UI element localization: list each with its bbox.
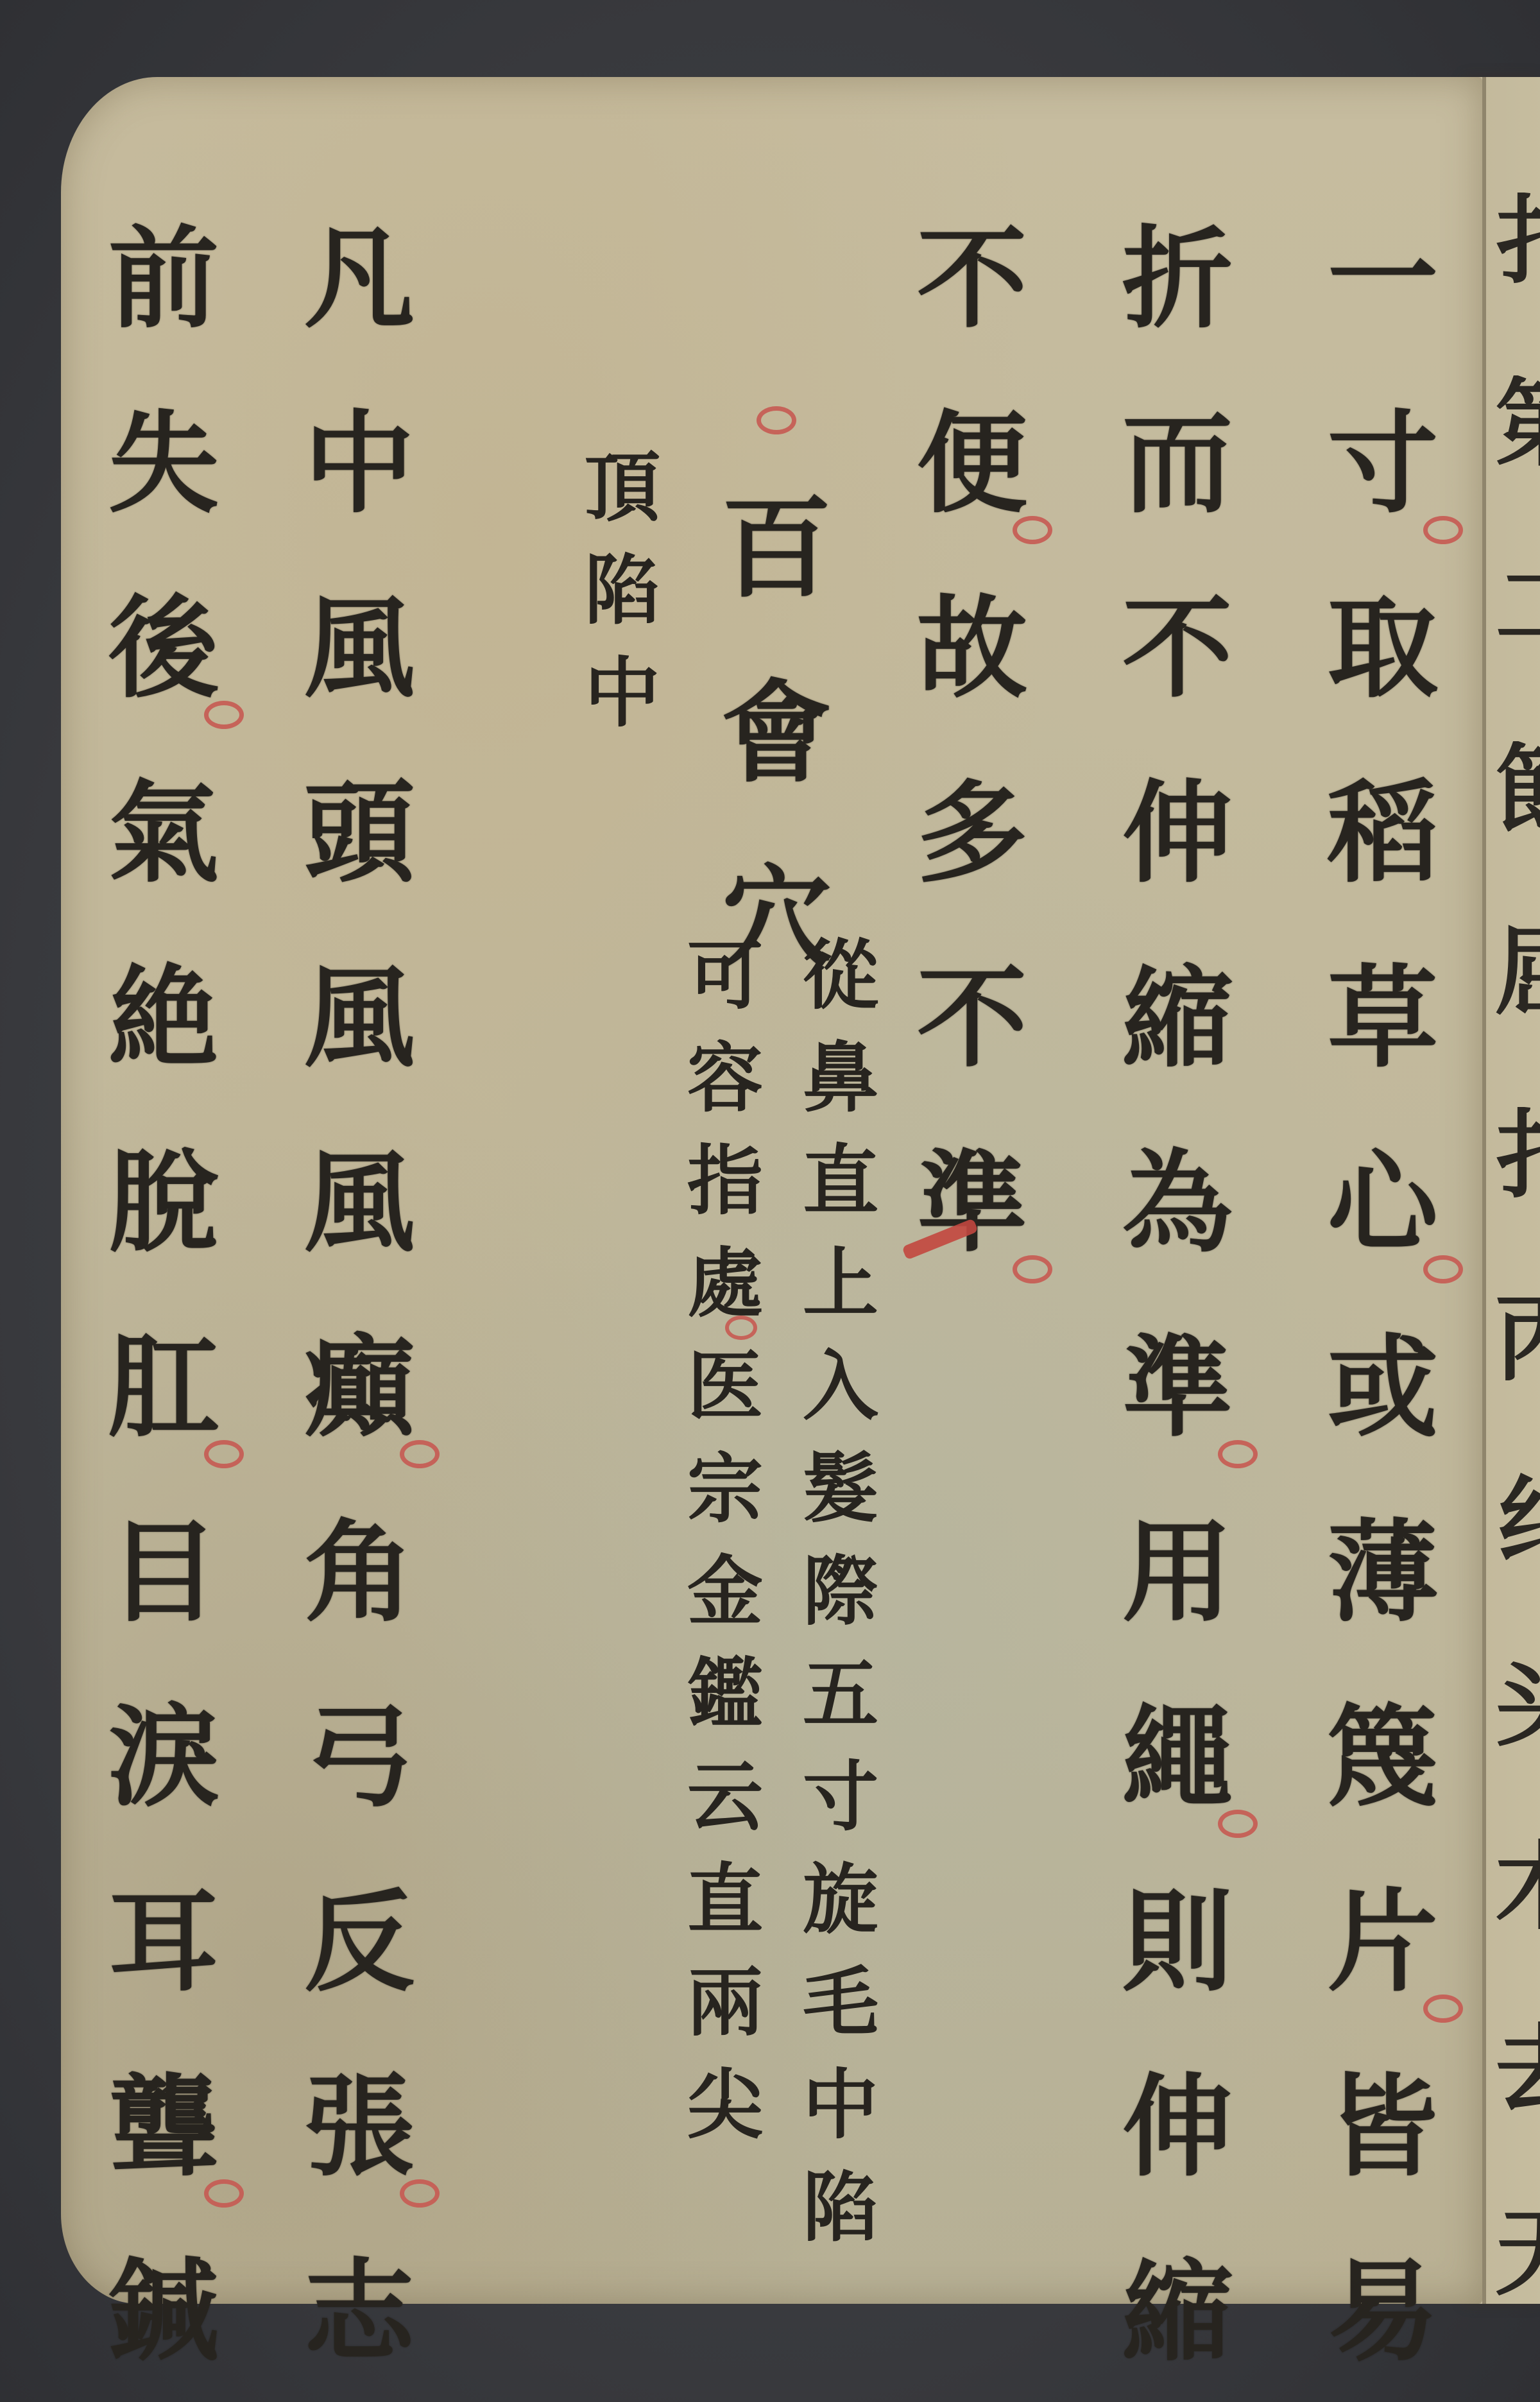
character: 故 [917,556,1027,741]
character: 入 [803,1335,878,1437]
character: 氣 [108,741,219,925]
character: 寸 [803,1746,878,1848]
character: 兩 [687,1951,763,2054]
text-column-3: 不便故多不準 [898,186,1046,1295]
character: 風 [304,1110,415,1295]
character: 中 [585,642,660,744]
character: 云 [687,1746,763,1848]
annotation-column-b: 可容指處医宗金鑑云直兩尖 [680,924,770,2156]
character: 鑑 [687,1643,763,1746]
adjacent-page-character: 節 [1495,741,1540,837]
character: 易 [1328,2219,1438,2402]
character: 心 [1328,1110,1438,1295]
character: 不 [917,925,1027,1110]
character: 宗 [687,1437,763,1540]
character: 聾 [108,2034,219,2219]
adjacent-page-character: 纟 [1495,1473,1540,1569]
character: 尖 [687,2054,763,2156]
character: 旋 [803,1848,878,1951]
adjacent-page-character: 二 [1495,558,1540,655]
character: 耳 [108,1849,219,2034]
character: 為 [1122,1110,1233,1295]
character: 張 [304,2034,415,2219]
character: 際 [803,1540,878,1643]
character: 繩 [1122,1665,1233,1849]
character: 薄 [1328,1480,1438,1665]
character: 直 [687,1848,763,1951]
character: 用 [1122,1480,1233,1665]
character: 後 [108,556,219,741]
character: 陷 [585,539,660,642]
text-column-6: 前失後氣絶脫肛目淚耳聾鍼 [90,186,237,2402]
character: 從 [803,924,878,1027]
page-fold-line [1482,77,1486,2304]
character: 直 [803,1129,878,1232]
adjacent-page-character: 木 [1495,1839,1540,1935]
character: 癲 [304,1295,415,1480]
adjacent-page-character: 丙 [1495,1290,1540,1386]
character: 取 [1328,556,1438,741]
character: 中 [803,2054,878,2156]
text-column-2: 折而不伸縮為準用繩則伸縮 [1104,186,1251,2402]
character: 上 [803,1232,878,1335]
adjacent-page-character: 扌 [1495,193,1540,289]
character: 縮 [1122,2219,1233,2402]
character: 反 [304,1849,415,2034]
character: 風 [304,556,415,741]
character: 縮 [1122,925,1233,1110]
character: 凡 [304,186,415,371]
character: 一 [1328,186,1438,371]
character: 或 [1328,1295,1438,1480]
character: 而 [1122,371,1233,556]
character: 準 [917,1110,1027,1295]
text-column-4-heading: 百會穴 [703,385,850,1010]
character: 寸 [1328,371,1438,556]
character: 風 [304,925,415,1110]
character: 角 [304,1480,415,1665]
character: 會 [721,640,832,825]
character: 失 [108,371,219,556]
character: 弓 [304,1665,415,1849]
character: 便 [917,371,1027,556]
character: 頭 [304,741,415,925]
character: 草 [1328,925,1438,1110]
character: 目 [108,1480,219,1665]
character: 折 [1122,186,1233,371]
character: 不 [917,186,1027,371]
adjacent-page-character: 第 [1495,375,1540,472]
annotation-column-c: 頂陷中 [577,436,667,744]
character: 志 [304,2219,415,2402]
character: 稻 [1328,741,1438,925]
character: 可 [687,924,763,1027]
character: 篾 [1328,1665,1438,1849]
character: 金 [687,1540,763,1643]
adjacent-page-character: 扌 [1495,1107,1540,1203]
adjacent-page-character: 屈 [1495,924,1540,1020]
adjacent-page-character: 去 [1495,2021,1540,2118]
text-column-5: 凡中風頭風風癲角弓反張志 [286,186,433,2402]
character: 準 [1122,1295,1233,1480]
character: 淚 [108,1665,219,1849]
character: 則 [1122,1849,1233,2034]
character: 片 [1328,1849,1438,2034]
character: 不 [1122,556,1233,741]
character: 髮 [803,1437,878,1540]
annotation-column-a: 從鼻直上入髮際五寸旋毛中陷 [796,924,886,2259]
character: 伸 [1122,2034,1233,2219]
text-column-1: 一寸取稻草心或薄篾片皆易 [1309,186,1457,2402]
character: 百 [721,456,832,640]
character: 中 [304,371,415,556]
character: 脫 [108,1110,219,1295]
character: 毛 [803,1951,878,2054]
character: 鍼 [108,2219,219,2402]
character: 伸 [1122,741,1233,925]
character: 五 [803,1643,878,1746]
character: 鼻 [803,1027,878,1129]
character: 医 [687,1335,763,1437]
character: 頂 [585,436,660,539]
character: 陷 [803,2156,878,2259]
character: 指 [687,1129,763,1232]
character: 絶 [108,925,219,1110]
character: 容 [687,1027,763,1129]
character: 皆 [1328,2034,1438,2219]
adjacent-page-character: 头 [1495,1656,1540,1752]
character: 前 [108,186,219,371]
adjacent-page-character: 天 [1495,2204,1540,2301]
character: 多 [917,741,1027,925]
character: 肛 [108,1295,219,1480]
red-circle-punctuation-icon [703,385,850,456]
